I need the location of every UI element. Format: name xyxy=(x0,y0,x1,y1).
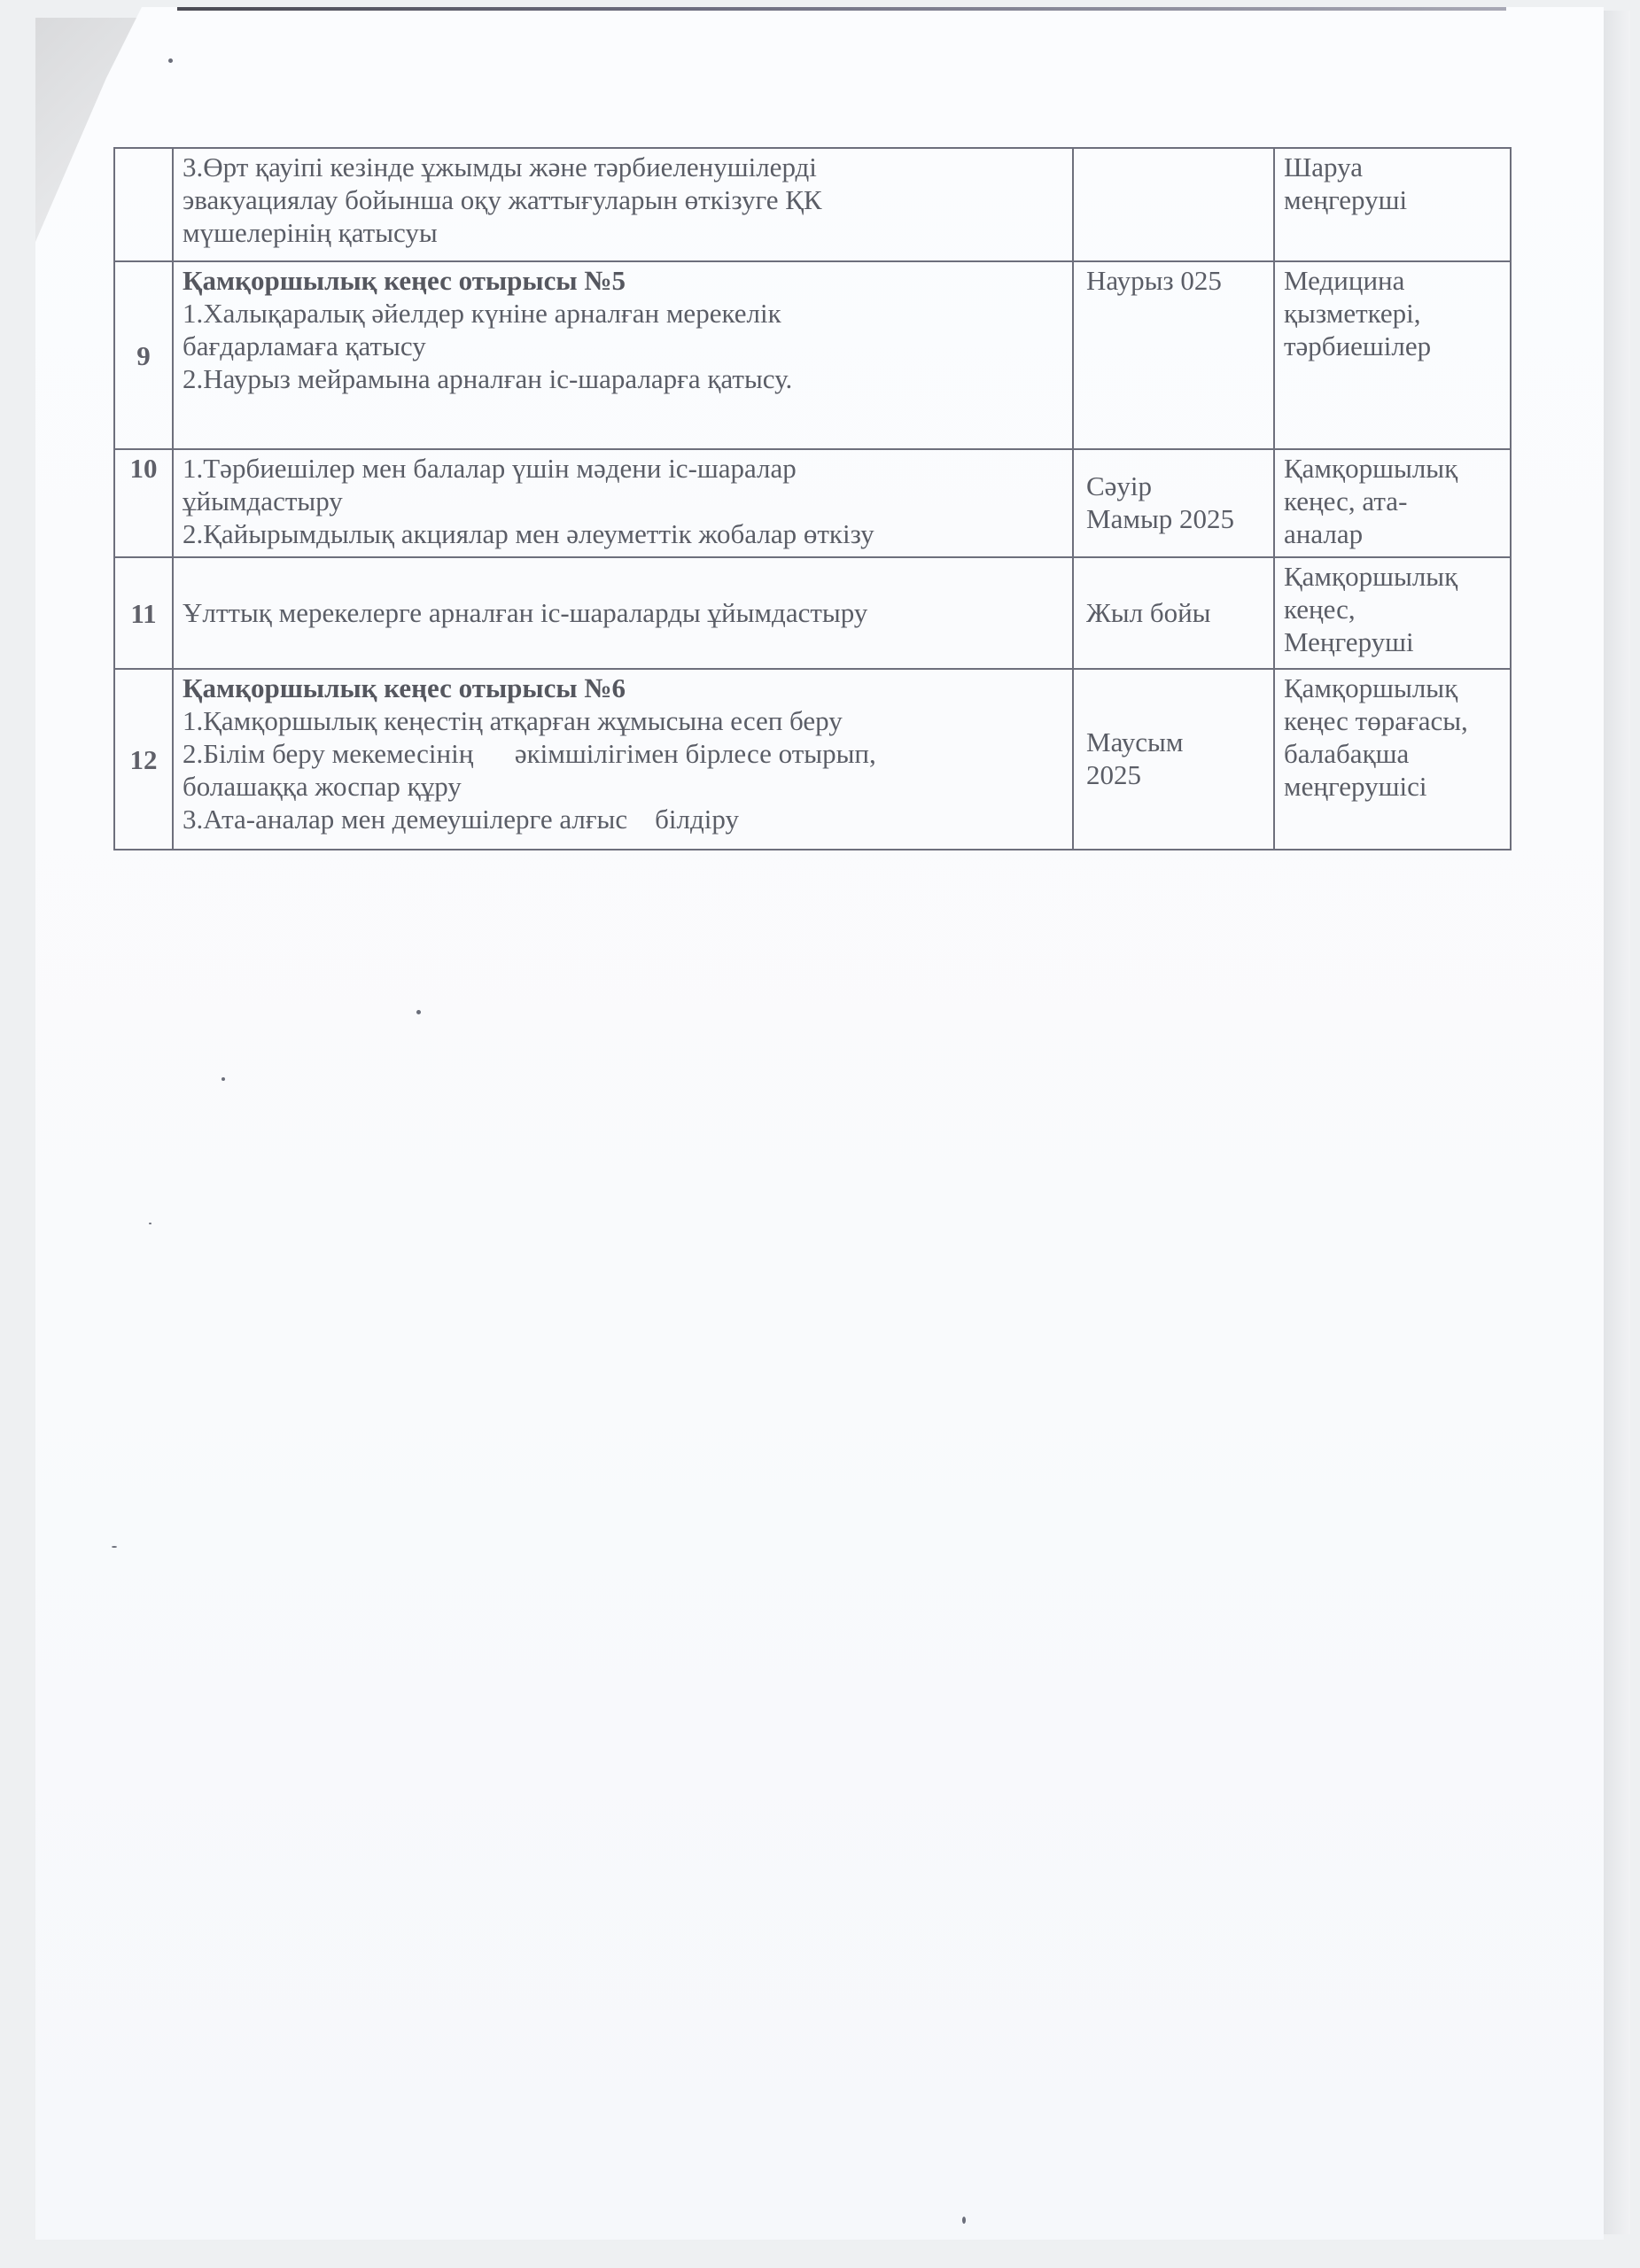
activity-line: 2.Білім беру мекемесінің әкімшілігімен б… xyxy=(183,737,1063,770)
table-row: 11 Ұлттық мерекелерге арналған іс-шарала… xyxy=(114,557,1511,669)
table-row: 3.Өрт қауіпі кезінде ұжымды және тәрбиел… xyxy=(114,148,1511,261)
activity-line: мүшелерінің қатысуы xyxy=(183,216,1063,249)
scan-speck xyxy=(168,58,173,63)
responsible-line: Қамқоршылық xyxy=(1284,672,1501,704)
work-plan-table-body: 3.Өрт қауіпі кезінде ұжымды және тәрбиел… xyxy=(114,148,1511,850)
scan-speck xyxy=(222,1077,225,1081)
date-cell xyxy=(1073,148,1274,261)
row-number: 10 xyxy=(114,449,173,557)
activity-line: 3.Өрт қауіпі кезінде ұжымды және тәрбиел… xyxy=(183,151,1063,183)
responsible-line: меңгеруші xyxy=(1284,183,1501,216)
date-line: Жыл бойы xyxy=(1086,596,1264,629)
responsible-line: Меңгеруші xyxy=(1284,625,1501,658)
date-cell: Сәуір Мамыр 2025 xyxy=(1073,449,1274,557)
activity-line: 1.Тәрбиешілер мен балалар үшін мәдени іс… xyxy=(183,452,1063,485)
scan-speck xyxy=(962,2217,966,2224)
responsible-line: қызметкері, xyxy=(1284,297,1501,330)
scan-speck xyxy=(149,1223,152,1224)
activity-line: ұйымдастыру xyxy=(183,485,1063,517)
responsible-line: Қамқоршылық xyxy=(1284,452,1501,485)
activity-line: 1.Халықаралық әйелдер күніне арналған ме… xyxy=(183,297,1063,330)
work-plan-table: 3.Өрт қауіпі кезінде ұжымды және тәрбиел… xyxy=(113,147,1512,850)
responsible-line: кеңес, ата- xyxy=(1284,485,1501,517)
responsible-cell: Қамқоршылық кеңес, ата- аналар xyxy=(1274,449,1511,557)
activity-cell: 1.Тәрбиешілер мен балалар үшін мәдени іс… xyxy=(173,449,1073,557)
activity-cell: Ұлттық мерекелерге арналған іс-шараларды… xyxy=(173,557,1073,669)
responsible-line: тәрбиешілер xyxy=(1284,330,1501,362)
row-number: 12 xyxy=(114,669,173,850)
responsible-line: балабақша xyxy=(1284,737,1501,770)
activity-line: эвакуациялау бойынша оқу жаттығуларын өт… xyxy=(183,183,1063,216)
activity-cell: Қамқоршылық кеңес отырысы №5 1.Халықарал… xyxy=(173,261,1073,449)
row-number: 9 xyxy=(114,261,173,449)
date-cell: Маусым 2025 xyxy=(1073,669,1274,850)
table-row: 10 1.Тәрбиешілер мен балалар үшін мәдени… xyxy=(114,449,1511,557)
meeting-heading: Қамқоршылық кеңес отырысы №5 xyxy=(183,264,1063,297)
activity-line: болашаққа жоспар құру xyxy=(183,770,1063,803)
scan-speck xyxy=(416,1010,421,1014)
date-line: Маусым xyxy=(1086,726,1264,758)
responsible-line: меңгерушісі xyxy=(1284,770,1501,803)
responsible-line: кеңес төрағасы, xyxy=(1284,704,1501,737)
responsible-line: Медицина xyxy=(1284,264,1501,297)
activity-line: 2.Қайырымдылық акциялар мен әлеуметтік ж… xyxy=(183,517,1063,550)
meeting-heading: Қамқоршылық кеңес отырысы №6 xyxy=(183,672,1063,704)
page-right-edge xyxy=(1604,11,1630,2234)
table-row: 9 Қамқоршылық кеңес отырысы №5 1.Халықар… xyxy=(114,261,1511,449)
date-line: Наурыз 025 xyxy=(1086,264,1264,297)
page-top-edge xyxy=(177,7,1506,11)
activity-line: 1.Қамқоршылық кеңестің атқарған жұмысына… xyxy=(183,704,1063,737)
responsible-cell: Қамқоршылық кеңес, Меңгеруші xyxy=(1274,557,1511,669)
date-line: Мамыр 2025 xyxy=(1086,502,1264,535)
activity-cell: Қамқоршылық кеңес отырысы №6 1.Қамқоршыл… xyxy=(173,669,1073,850)
activity-line: Ұлттық мерекелерге арналған іс-шараларды… xyxy=(183,596,1063,629)
date-cell: Жыл бойы xyxy=(1073,557,1274,669)
responsible-cell: Шаруа меңгеруші xyxy=(1274,148,1511,261)
date-line: 2025 xyxy=(1086,758,1264,791)
activity-line: бағдарламаға қатысу xyxy=(183,330,1063,362)
date-cell: Наурыз 025 xyxy=(1073,261,1274,449)
row-number: 11 xyxy=(114,557,173,669)
responsible-line: Шаруа xyxy=(1284,151,1501,183)
row-number xyxy=(114,148,173,261)
table-row: 12 Қамқоршылық кеңес отырысы №6 1.Қамқор… xyxy=(114,669,1511,850)
scan-speck xyxy=(112,1546,117,1548)
responsible-line: кеңес, xyxy=(1284,593,1501,625)
activity-line: 2.Наурыз мейрамына арналған іс-шараларға… xyxy=(183,362,1063,395)
date-line: Сәуір xyxy=(1086,470,1264,502)
responsible-cell: Қамқоршылық кеңес төрағасы, балабақша ме… xyxy=(1274,669,1511,850)
activity-line: 3.Ата-аналар мен демеушілерге алғыс білд… xyxy=(183,803,1063,835)
responsible-line: Қамқоршылық xyxy=(1284,560,1501,593)
activity-cell: 3.Өрт қауіпі кезінде ұжымды және тәрбиел… xyxy=(173,148,1073,261)
responsible-cell: Медицина қызметкері, тәрбиешілер xyxy=(1274,261,1511,449)
responsible-line: аналар xyxy=(1284,517,1501,550)
